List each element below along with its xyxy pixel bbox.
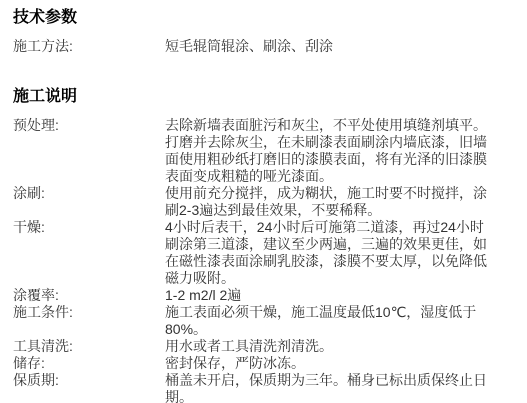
technical-parameters-title: 技术参数 (13, 10, 514, 26)
spec-row-coverage: 涂覆率: 1-2 m2/l 2遍 (13, 287, 514, 304)
spec-row-drying: 干燥: 4小时后表干，24小时后可施第二道漆，再过24小时刷涂第三道漆，建议至少… (13, 219, 514, 287)
spec-value: 桶盖未开启，保质期为三年。桶身已标出质保终止日期。 (165, 372, 490, 403)
spec-value: 1-2 m2/l 2遍 (165, 287, 490, 304)
spec-value: 使用前充分搅拌，成为糊状，施工时要不时搅拌，涂刷2-3遍达到最佳效果，不要稀释。 (165, 185, 490, 219)
spec-row-pretreatment: 预处理: 去除新墙表面脏污和灰尘，不平处使用填缝剂填平。打磨并去除灰尘，在未刷漆… (13, 117, 514, 185)
section-application-instructions: 施工说明 预处理: 去除新墙表面脏污和灰尘，不平处使用填缝剂填平。打磨并去除灰尘… (13, 89, 514, 403)
spec-label: 涂覆率: (13, 287, 165, 304)
spec-row-tool-cleaning: 工具清洗: 用水或者工具清洗剂清洗。 (13, 338, 514, 355)
spec-label: 保质期: (13, 372, 165, 389)
spec-label: 预处理: (13, 117, 165, 134)
spec-label: 储存: (13, 355, 165, 372)
spec-label: 工具清洗: (13, 338, 165, 355)
spec-value: 施工表面必须干燥，施工温度最低10℃，湿度低于80%。 (165, 304, 490, 338)
spec-label: 施工条件: (13, 304, 165, 321)
spec-row-conditions: 施工条件: 施工表面必须干燥，施工温度最低10℃，湿度低于80%。 (13, 304, 514, 338)
application-instructions-title: 施工说明 (13, 89, 514, 105)
spec-row-storage: 储存: 密封保存，严防冰冻。 (13, 355, 514, 372)
spec-row-application-method: 施工方法: 短毛辊筒辊涂、刷涂、刮涂 (13, 38, 514, 55)
spec-row-painting: 涂刷: 使用前充分搅拌，成为糊状，施工时要不时搅拌，涂刷2-3遍达到最佳效果，不… (13, 185, 514, 219)
section-technical-parameters: 技术参数 施工方法: 短毛辊筒辊涂、刷涂、刮涂 (13, 10, 514, 55)
spec-value: 去除新墙表面脏污和灰尘，不平处使用填缝剂填平。打磨并去除灰尘，在未刷漆表面刷涂内… (165, 117, 490, 185)
spec-label: 涂刷: (13, 185, 165, 202)
spec-label: 施工方法: (13, 38, 165, 55)
spec-value: 短毛辊筒辊涂、刷涂、刮涂 (165, 38, 490, 55)
spec-value: 密封保存，严防冰冻。 (165, 355, 490, 372)
spec-row-shelf-life: 保质期: 桶盖未开启，保质期为三年。桶身已标出质保终止日期。 (13, 372, 514, 403)
spec-value: 4小时后表干，24小时后可施第二道漆，再过24小时刷涂第三道漆，建议至少两遍，三… (165, 219, 490, 287)
spec-value: 用水或者工具清洗剂清洗。 (165, 338, 490, 355)
spec-label: 干燥: (13, 219, 165, 236)
